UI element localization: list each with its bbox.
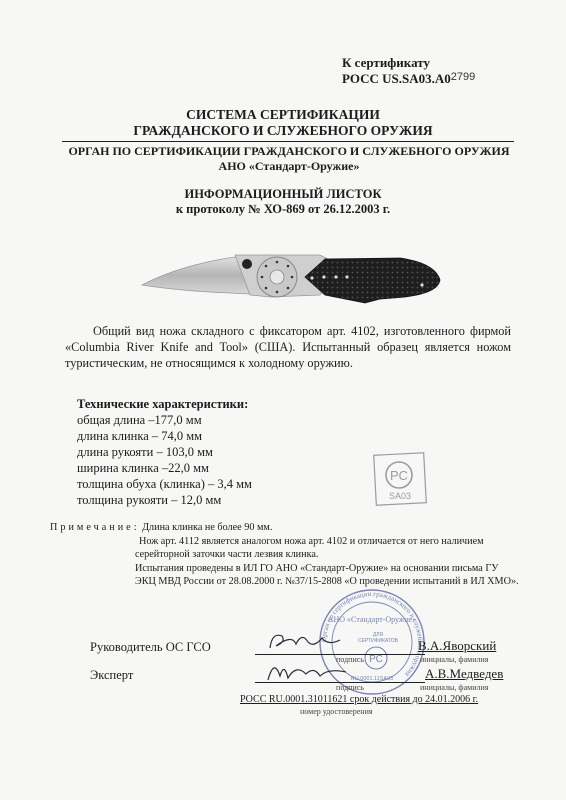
technical-specifications: Технические характеристики: общая длина … (77, 396, 252, 508)
note-testing: Испытания проведены в ИЛ ГО АНО «Стандар… (50, 562, 520, 589)
knife-photo (140, 225, 450, 315)
svg-text:РС: РС (369, 654, 383, 665)
spec-item: толщина обуха (клинка) – 3,4 мм (77, 476, 252, 492)
svg-text:АНО «Стандарт-Оружие»: АНО «Стандарт-Оружие» (328, 615, 417, 624)
spec-item: длина рукояти – 103,0 мм (77, 444, 252, 460)
signatory-name-head: В.А.Яворский (418, 638, 496, 654)
registration-number: РОСС RU.0001.31011621 срок действия до 2… (240, 694, 478, 705)
signatory-role-head: Руководитель ОС ГСО (90, 640, 211, 655)
note-analog: Нож арт. 4112 является аналогом ножа арт… (50, 535, 520, 562)
certification-system-heading: СИСТЕМА СЕРТИФИКАЦИИ ГРАЖДАНСКОГО И СЛУЖ… (0, 107, 566, 139)
product-description: Общий вид ножа складного с фиксатором ар… (65, 323, 511, 371)
spec-item: ширина клинка –22,0 мм (77, 460, 252, 476)
notes-section: Примечание: Длина клинка не более 90 мм.… (50, 521, 520, 589)
signatory-name-expert: А.В.Медведев (425, 666, 503, 682)
document-title: ИНФОРМАЦИОННЫЙ ЛИСТОК к протоколу № ХО-8… (0, 187, 566, 217)
rst-logo-text: РС (390, 468, 408, 483)
handwritten-signature-expert (262, 656, 352, 684)
notes-label: Примечание: (50, 522, 140, 533)
header-divider (62, 141, 514, 142)
rst-code: SA03 (389, 491, 411, 501)
rst-conformity-mark: РС SA03 (373, 452, 427, 506)
cert-ref-label: К сертификату (342, 55, 475, 70)
note-line-1: Длина клинка не более 90 мм. (142, 522, 272, 533)
protocol-reference: к протоколу № ХО-869 от 26.12.2003 г. (0, 202, 566, 217)
name-caption-expert: инициалы, фамилия (420, 683, 488, 692)
specs-title: Технические характеристики: (77, 396, 252, 412)
signature-caption-expert: подпись (330, 683, 370, 692)
handwritten-signature-head (262, 628, 352, 654)
name-caption-head: инициалы, фамилия (420, 655, 488, 664)
cert-ref-handwritten-number: 2799 (451, 71, 475, 83)
spec-item: толщина рукояти – 12,0 мм (77, 492, 252, 508)
signatory-role-expert: Эксперт (90, 668, 133, 683)
certification-body-heading: ОРГАН ПО СЕРТИФИКАЦИИ ГРАЖДАНСКОГО И СЛУ… (54, 144, 524, 174)
spec-item: длина клинка – 74,0 мм (77, 428, 252, 444)
certificate-reference: К сертификату РОСС US.SA03.A02799 (342, 55, 475, 86)
cert-ref-number: РОСС US.SA03.A02799 (342, 70, 475, 86)
svg-text:СЕРТИФИКАТОВ: СЕРТИФИКАТОВ (358, 638, 399, 644)
spec-item: общая длина –177,0 мм (77, 412, 252, 428)
registration-caption: номер удостоверения (300, 707, 373, 716)
